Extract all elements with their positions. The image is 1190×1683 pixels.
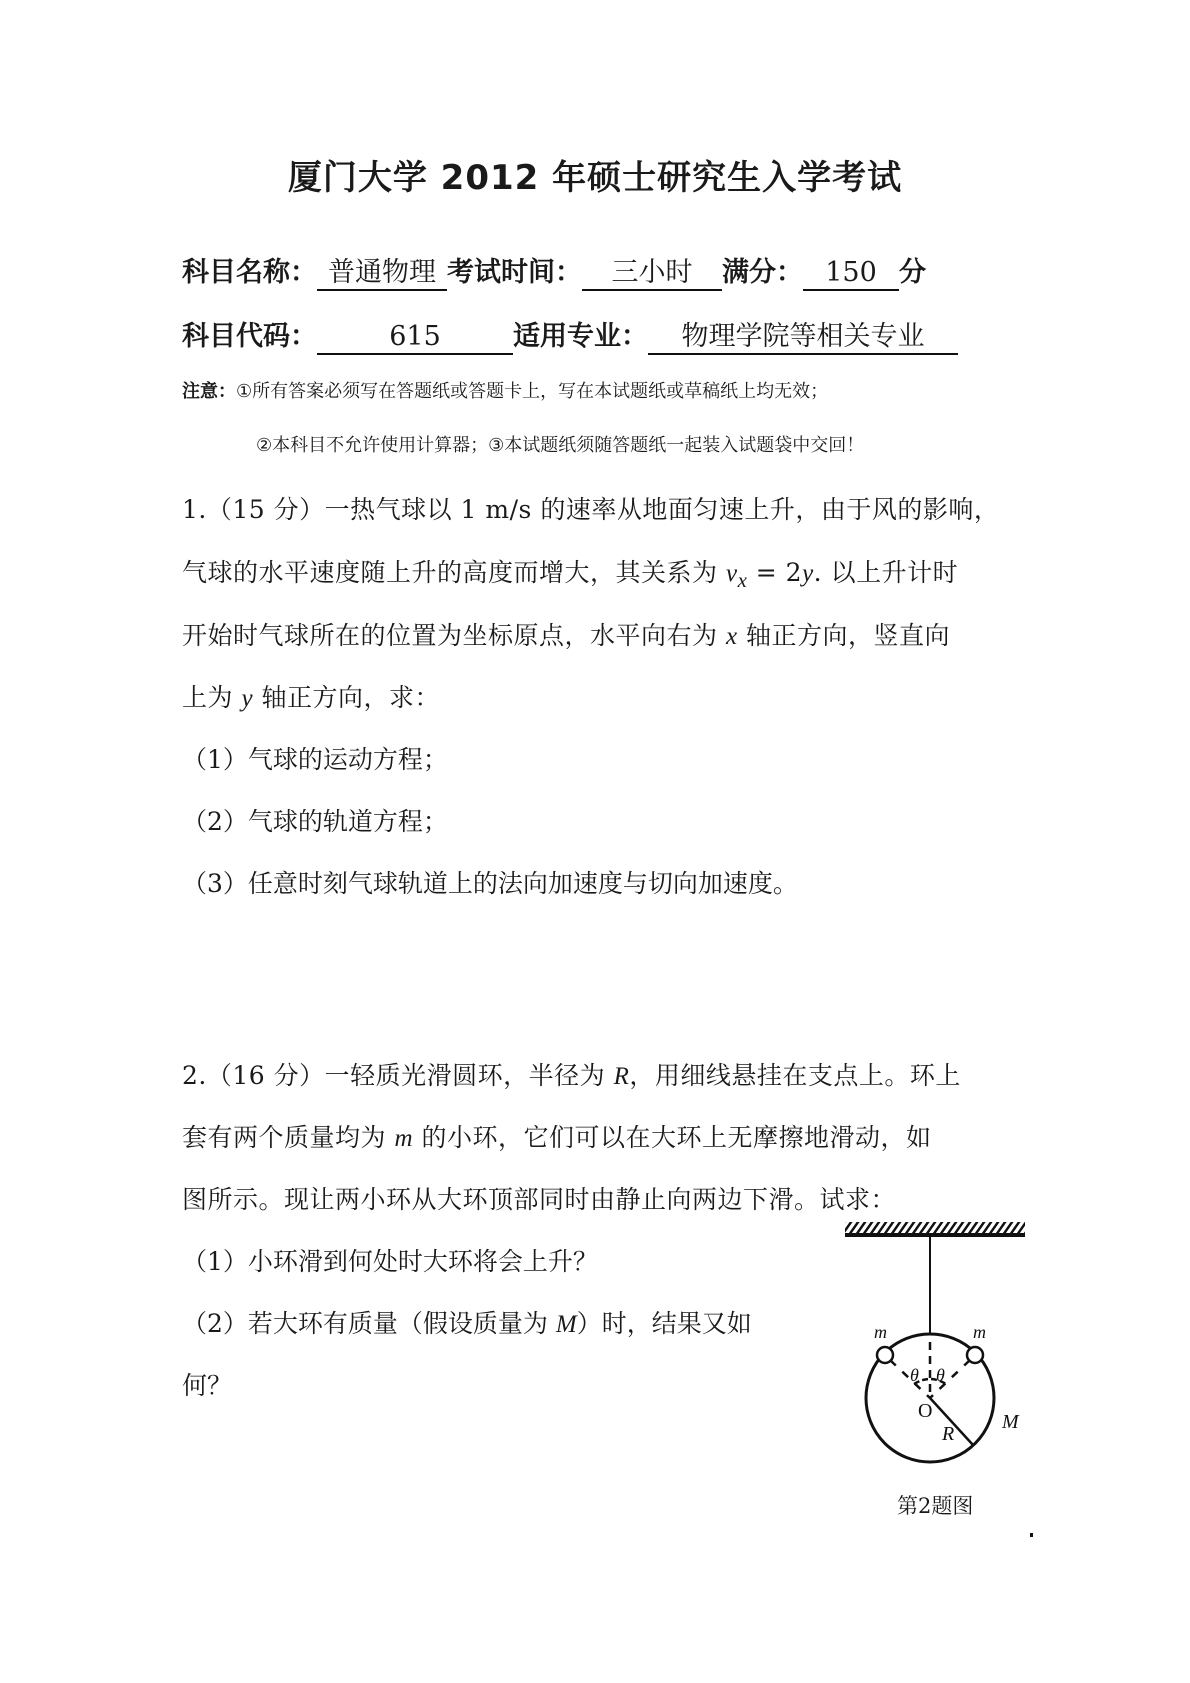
- q1-text: 开始时气球所在的位置为坐标原点，水平向右为: [182, 621, 726, 650]
- q2-text: ）时，结果又如: [577, 1309, 752, 1338]
- q1-text: 轴正方向，求：: [253, 683, 440, 712]
- var-y: y: [241, 685, 253, 712]
- q2-text: 套有两个质量均为: [182, 1123, 394, 1152]
- exam-time-value: 三小时: [582, 257, 722, 291]
- q2-text: 的小环，它们可以在大环上无摩擦地滑动，如: [413, 1123, 931, 1152]
- header-row-1: 科目名称：普通物理考试时间：三小时满分：150分: [182, 250, 926, 291]
- label-theta-right: θ: [936, 1365, 945, 1385]
- full-score-value: 150: [803, 257, 899, 291]
- q1-part-2: （2）气球的轨道方程；: [182, 802, 448, 838]
- subject-name-value: 普通物理: [317, 257, 447, 291]
- full-score-label: 满分：: [722, 257, 803, 288]
- ceiling-icon: [845, 1222, 1025, 1237]
- label-theta-left: θ: [910, 1365, 919, 1385]
- subject-name-label: 科目名称：: [182, 257, 317, 288]
- notice-text-1: ①所有答案必须写在答题纸或答题卡上，写在本试题纸或草稿纸上均无效；: [236, 381, 828, 402]
- q1-part-1: （1）气球的运动方程；: [182, 740, 448, 776]
- var-x: x: [726, 623, 738, 650]
- notice-line-1: 注意：①所有答案必须写在答题纸或答题卡上，写在本试题纸或草稿纸上均无效；: [182, 377, 828, 403]
- var-R: R: [614, 1063, 630, 1090]
- var-v: v: [726, 560, 738, 587]
- ring-diagram: m m θ θ O R M: [830, 1210, 1040, 1490]
- q2-part-2-cont: 何？: [182, 1366, 232, 1402]
- var-M: M: [556, 1311, 577, 1338]
- major-label: 适用专业：: [513, 321, 648, 352]
- header-row-2: 科目代码：615适用专业：物理学院等相关专业: [182, 314, 958, 355]
- exam-title: 厦门大学 2012 年硕士研究生入学考试: [0, 150, 1190, 199]
- q2-part-1: （1）小环滑到何处时大环将会上升？: [182, 1242, 598, 1278]
- q2-part-2: （2）若大环有质量（假设质量为 M）时，结果又如: [182, 1304, 752, 1340]
- q2-line-1: 2.（16 分）一轻质光滑圆环，半径为 R，用细线悬挂在支点上。环上: [182, 1056, 961, 1092]
- notice-line-2: ②本科目不允许使用计算器；③本试题纸须随答题纸一起装入试题袋中交回！: [256, 431, 864, 457]
- q2-text: 2.（16 分）一轻质光滑圆环，半径为: [182, 1061, 614, 1090]
- q1-part-3: （3）任意时刻气球轨道上的法向加速度与切向加速度。: [182, 864, 798, 900]
- var-x-sub: x: [738, 568, 748, 592]
- q1-text: 气球的水平速度随上升的高度而增大，其关系为: [182, 558, 726, 587]
- q1-line-1: 1.（15 分）一热气球以 1 m/s 的速率从地面匀速上升，由于风的影响，: [182, 490, 999, 526]
- q1-line-2: 气球的水平速度随上升的高度而增大，其关系为 vx = 2y. 以上升计时: [182, 553, 958, 593]
- subject-code-value: 615: [317, 321, 513, 355]
- q2-line-2: 套有两个质量均为 m 的小环，它们可以在大环上无摩擦地滑动，如: [182, 1118, 931, 1154]
- notice-label: 注意：: [182, 381, 236, 402]
- notice-text-2: ②本科目不允许使用计算器；③本试题纸须随答题纸一起装入试题袋中交回！: [256, 435, 864, 456]
- label-mass-M: M: [1001, 1411, 1020, 1433]
- q2-line-3: 图所示。现让两小环从大环顶部同时由静止向两边下滑。试求：: [182, 1180, 896, 1216]
- stray-dot: [1030, 1533, 1033, 1537]
- q2-text: （2）若大环有质量（假设质量为: [182, 1309, 556, 1338]
- q1-text: 轴正方向，竖直向: [738, 621, 950, 650]
- var-y: y: [802, 560, 814, 587]
- exam-time-label: 考试时间：: [447, 257, 582, 288]
- full-score-unit: 分: [899, 257, 926, 288]
- subject-code-label: 科目代码：: [182, 321, 317, 352]
- q1-text: = 2: [747, 558, 802, 587]
- q1-line-3: 开始时气球所在的位置为坐标原点，水平向右为 x 轴正方向，竖直向: [182, 616, 950, 652]
- q1-text: 上为: [182, 683, 241, 712]
- label-radius-R: R: [941, 1423, 954, 1445]
- label-m-right: m: [973, 1322, 986, 1342]
- q1-line-4: 上为 y 轴正方向，求：: [182, 678, 440, 714]
- label-m-left: m: [874, 1322, 887, 1342]
- label-center-O: O: [918, 1400, 932, 1422]
- q2-text: ，用细线悬挂在支点上。环上: [629, 1061, 961, 1090]
- q1-text: . 以上升计时: [814, 558, 958, 587]
- figure-caption: 第2题图: [897, 1490, 973, 1520]
- major-value: 物理学院等相关专业: [648, 321, 958, 355]
- var-m: m: [394, 1125, 413, 1152]
